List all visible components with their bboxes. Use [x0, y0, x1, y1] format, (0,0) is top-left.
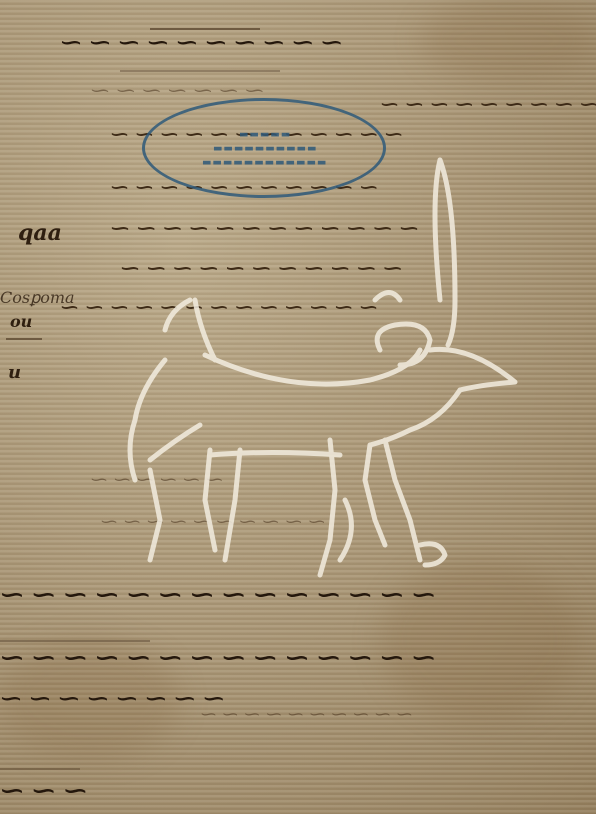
animal-watermark-icon [0, 0, 596, 814]
manuscript-page: ⁓ ⁓ ⁓ ⁓ ⁓ ⁓ ⁓ ⁓ ⁓ ⁓ ⁓ ⁓ ⁓ ⁓ ⁓ ⁓ ⁓ ⁓ ⁓ ⁓ … [0, 0, 596, 814]
